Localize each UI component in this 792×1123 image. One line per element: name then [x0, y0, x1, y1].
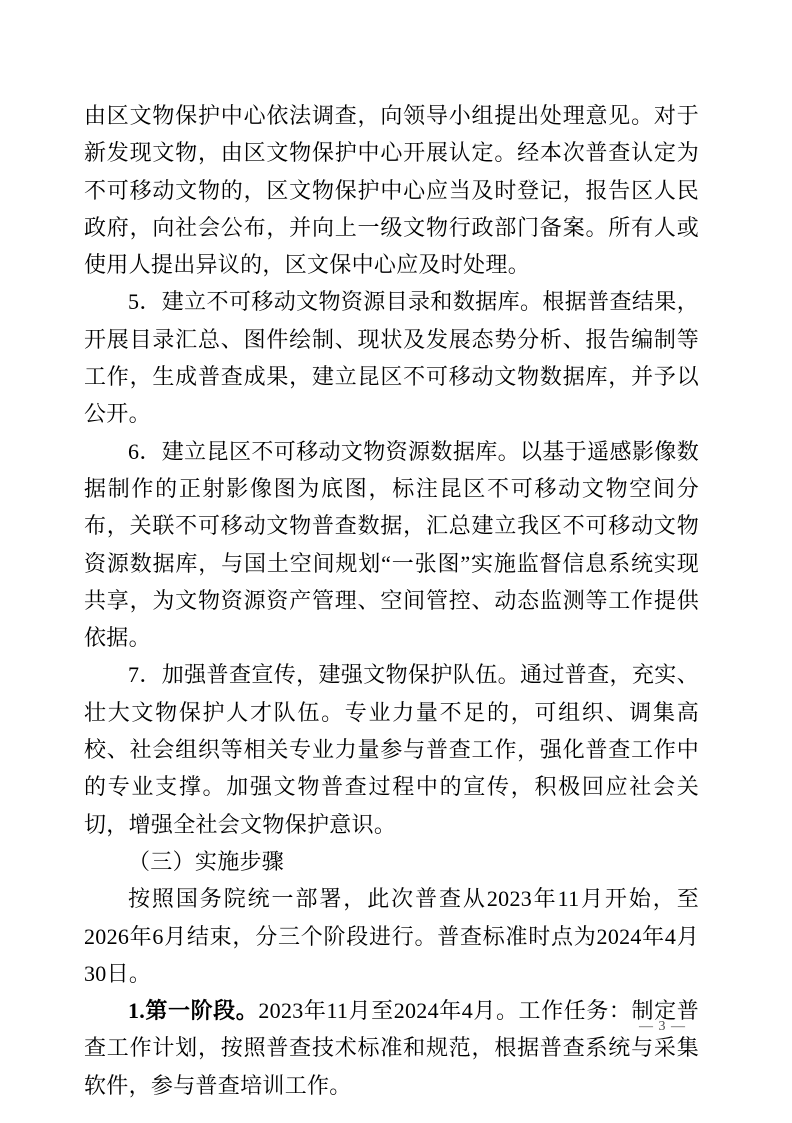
- document-body: 由区文物保护中心依法调查，向领导小组提出处理意见。对于新发现文物，由区文物保护中…: [84, 97, 699, 1104]
- section-heading: （三）实施步骤: [84, 843, 699, 880]
- paragraph-continuation: 由区文物保护中心依法调查，向领导小组提出处理意见。对于新发现文物，由区文物保护中…: [84, 97, 699, 283]
- paragraph-stage1: 1.第一阶段。2023年11月至2024年4月。工作任务：制定普查工作计划，按照…: [84, 992, 699, 1104]
- page-number: — 3 —: [639, 1019, 686, 1035]
- paragraph-schedule: 按照国务院统一部署，此次普查从2023年11月开始，至2026年6月结束，分三个…: [84, 880, 699, 992]
- paragraph-item-5: 5．建立不可移动文物资源目录和数据库。根据普查结果，开展目录汇总、图件绘制、现状…: [84, 283, 699, 432]
- stage1-label: 1.第一阶段。: [128, 998, 258, 1023]
- document-page: 由区文物保护中心依法调查，向领导小组提出处理意见。对于新发现文物，由区文物保护中…: [0, 0, 792, 1123]
- paragraph-item-7: 7．加强普查宣传，建强文物保护队伍。通过普查，充实、壮大文物保护人才队伍。专业力…: [84, 656, 699, 842]
- paragraph-item-6: 6．建立昆区不可移动文物资源数据库。以基于遥感影像数据制作的正射影像图为底图，标…: [84, 433, 699, 657]
